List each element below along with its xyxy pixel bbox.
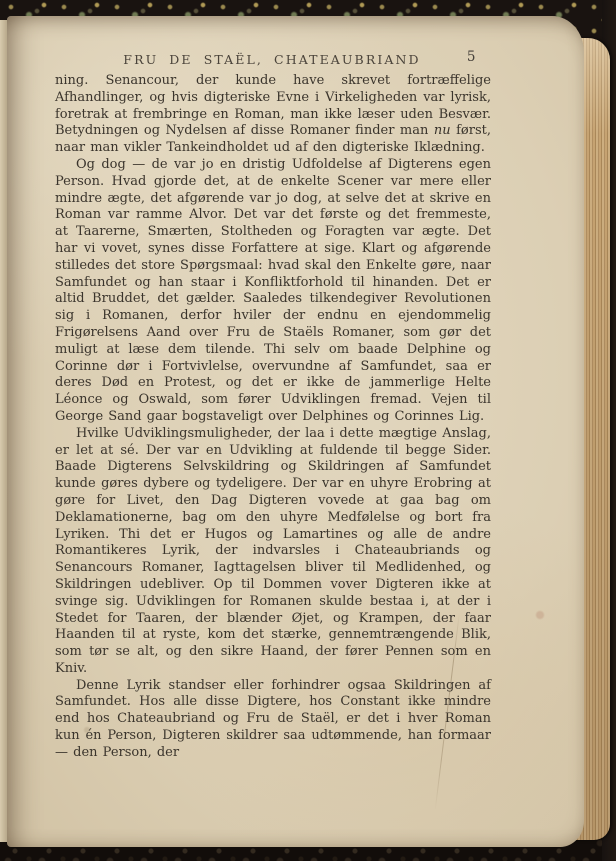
- paragraph: Og dog — de var jo en dristig Udfoldelse…: [55, 157, 491, 426]
- paragraph: ning. Senancour, der kunde have skrevet …: [55, 73, 491, 157]
- italic-word: nu: [434, 123, 451, 138]
- paragraph: Denne Lyrik standser eller forhindrer og…: [55, 678, 491, 762]
- paragraph: Hvilke Udviklingsmuligheder, der laa i d…: [55, 426, 491, 678]
- paragraph-text: ning. Senancour, der kunde have skrevet …: [55, 73, 491, 138]
- page-text: ning. Senancour, der kunde have skrevet …: [55, 73, 491, 762]
- page-number: 5: [467, 49, 476, 65]
- page-header: FRU DE STAËL, CHATEAUBRIAND 5: [55, 49, 489, 65]
- running-title: FRU DE STAËL, CHATEAUBRIAND: [123, 52, 420, 67]
- book-page: FRU DE STAËL, CHATEAUBRIAND 5 ning. Sena…: [7, 16, 584, 847]
